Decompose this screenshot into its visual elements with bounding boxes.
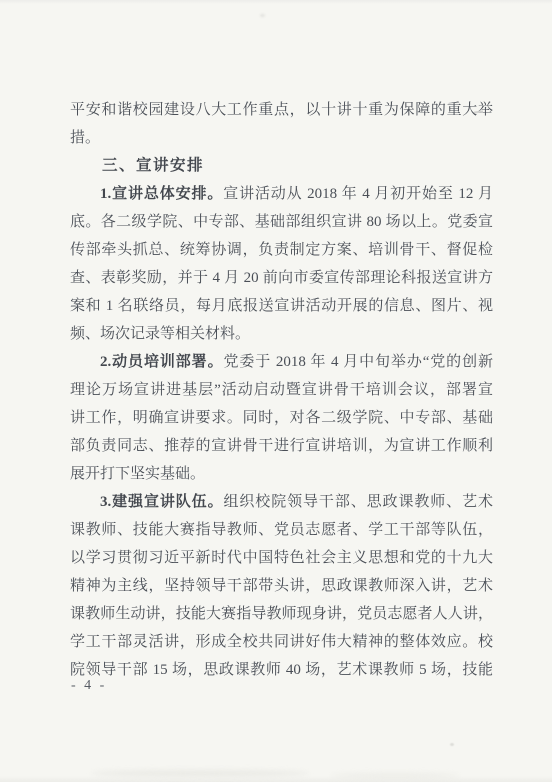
scan-artifact-dot <box>450 743 454 746</box>
text-line: 3.建强宣讲队伍。组织校院领导干部、思政课教师、艺术 <box>70 488 493 516</box>
paragraph-lead: 2.动员培训部署。 <box>100 354 223 370</box>
scan-artifact-smudge <box>90 770 310 777</box>
document-text-block: 平安和谐校园建设八大工作重点，以十讲十重为保障的重大举措。三、宣讲安排1.宣讲总… <box>70 96 493 684</box>
page-number: - 4 - <box>71 678 107 694</box>
document-page: { "page": { "footer_page_number": "- 4 -… <box>0 0 552 782</box>
paragraph-lead: 1.宣讲总体安排。 <box>100 186 223 202</box>
text-line: 展开打下坚实基础。 <box>70 460 493 488</box>
section-heading: 三、宣讲安排 <box>70 152 493 180</box>
text-line: 院领导干部 15 场，思政课教师 40 场，艺术课教师 5 场，技能 <box>70 656 493 684</box>
text-line: 课教师、技能大赛指导教师、党员志愿者、学工干部等队伍， <box>70 516 493 544</box>
text-line: 部负责同志、推荐的宣讲骨干进行宣讲培训，为宣讲工作顺利 <box>70 432 493 460</box>
text-line: 案和 1 名联络员，每月底报送宣讲活动开展的信息、图片、视 <box>70 292 493 320</box>
text-line: 学工干部灵活讲，形成全校共同讲好伟大精神的整体效应。校 <box>70 628 493 656</box>
scanned-page-background: 平安和谐校园建设八大工作重点，以十讲十重为保障的重大举措。三、宣讲安排1.宣讲总… <box>0 0 552 782</box>
paragraph-text: 宣讲活动从 2018 年 4 月初开始至 12 月 <box>223 186 493 202</box>
text-line: 底。各二级学院、中专部、基础部组织宣讲 80 场以上。党委宣 <box>70 208 493 236</box>
text-line: 以学习贯彻习近平新时代中国特色社会主义思想和党的十九大 <box>70 544 493 572</box>
text-line: 2.动员培训部署。党委于 2018 年 4 月中旬举办“党的创新 <box>70 348 493 376</box>
paragraph-lead: 3.建强宣讲队伍。 <box>100 494 224 510</box>
text-line: 查、表彰奖励，并于 4 月 20 前向市委宣传部理论科报送宣讲方 <box>70 264 493 292</box>
paragraph-text: 组织校院领导干部、思政课教师、艺术 <box>224 494 493 510</box>
text-line: 精神为主线，坚持领导干部带头讲，思政课教师深入讲，艺术 <box>70 572 493 600</box>
scan-artifact-smudge <box>330 773 460 779</box>
text-line: 课教师生动讲，技能大赛指导教师现身讲，党员志愿者人人讲， <box>70 600 493 628</box>
text-line: 1.宣讲总体安排。宣讲活动从 2018 年 4 月初开始至 12 月 <box>70 180 493 208</box>
paragraph-text: 党委于 2018 年 4 月中旬举办“党的创新 <box>223 354 493 370</box>
text-line: 措。 <box>70 124 493 152</box>
scan-artifact-dot <box>260 14 265 17</box>
text-line: 频、场次记录等相关材料。 <box>70 320 493 348</box>
text-line: 讲工作，明确宣讲要求。同时，对各二级学院、中专部、基础 <box>70 404 493 432</box>
text-line: 传部牵头抓总、统筹协调，负责制定方案、培训骨干、督促检 <box>70 236 493 264</box>
text-line: 理论万场宣讲进基层”活动启动暨宣讲骨干培训会议，部署宣 <box>70 376 493 404</box>
text-line: 平安和谐校园建设八大工作重点，以十讲十重为保障的重大举 <box>70 96 493 124</box>
